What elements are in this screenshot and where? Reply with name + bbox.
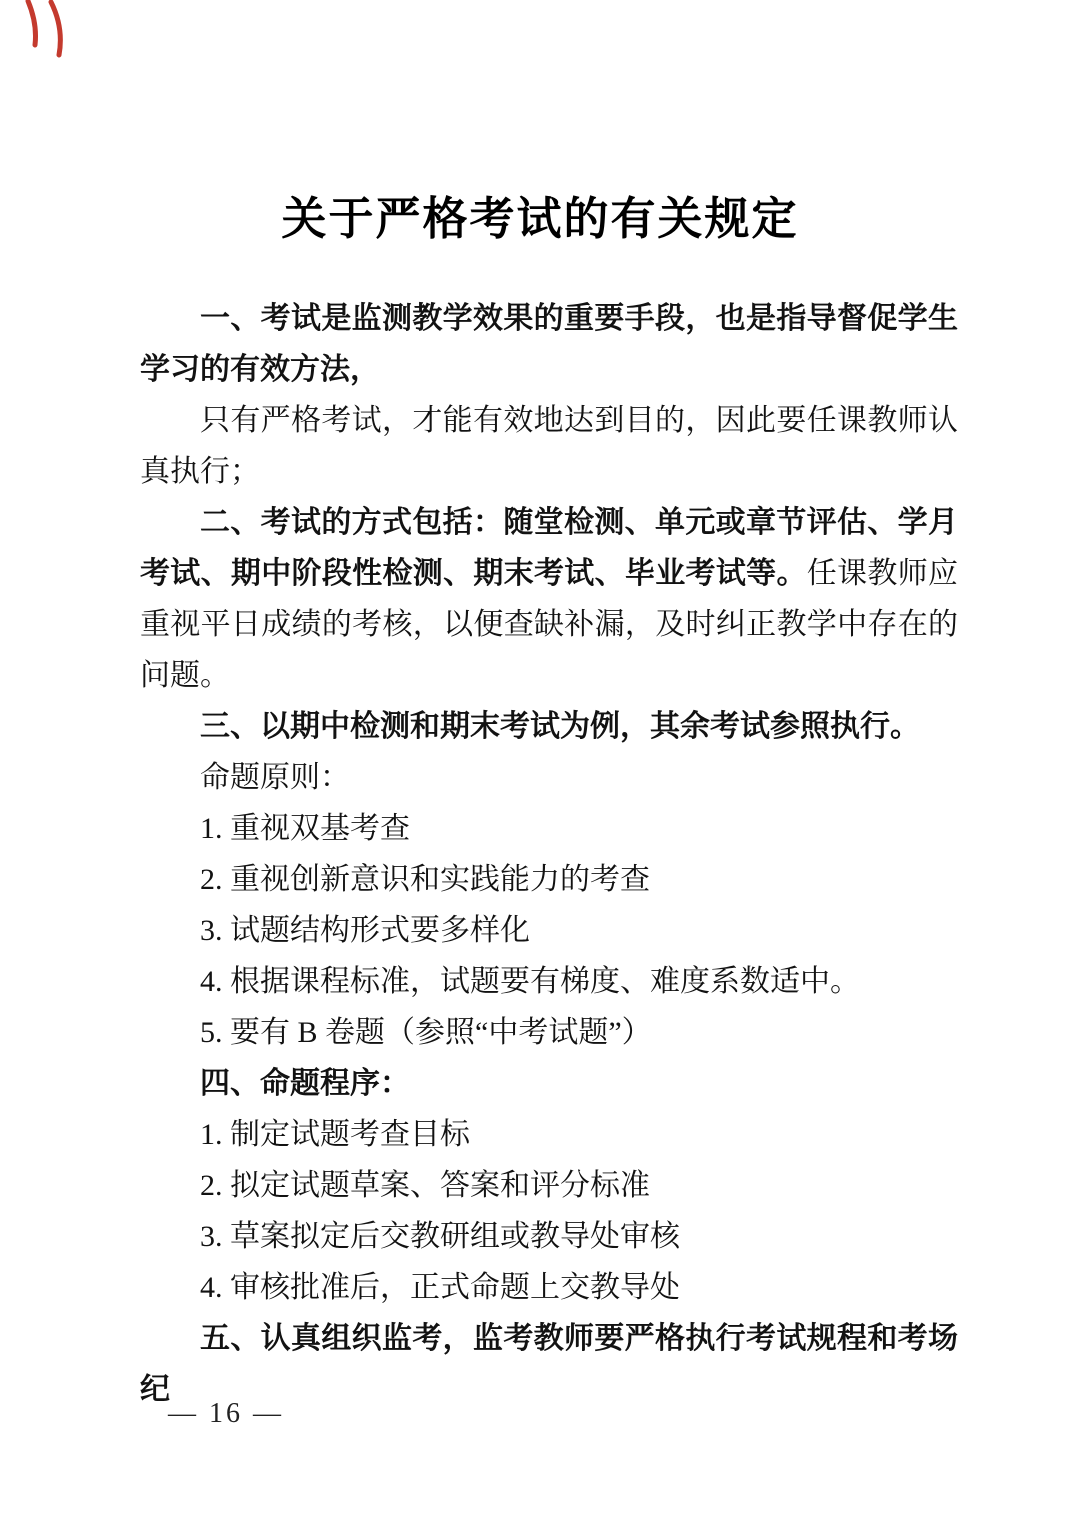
page-number: — 16 — bbox=[168, 1398, 284, 1430]
principle-item-4: 4. 根据课程标准，试题要有梯度、难度系数适中。 bbox=[140, 956, 958, 1007]
paragraph-section-2: 二、考试的方式包括：随堂检测、单元或章节评估、学月考试、期中阶段性检测、期末考试… bbox=[140, 497, 958, 701]
document-body: 一、考试是监测教学效果的重要手段，也是指导督促学生学习的有效方法， 只有严格考试… bbox=[140, 293, 958, 1415]
paragraph-section-1: 一、考试是监测教学效果的重要手段，也是指导督促学生学习的有效方法， bbox=[140, 293, 958, 395]
procedure-item-2: 2. 拟定试题草案、答案和评分标准 bbox=[140, 1160, 958, 1211]
document-page: 关于严格考试的有关规定 一、考试是监测教学效果的重要手段，也是指导督促学生学习的… bbox=[0, 0, 1080, 1527]
procedure-item-4: 4. 审核批准后，正式命题上交教导处 bbox=[140, 1262, 958, 1313]
principle-item-1: 1. 重视双基考查 bbox=[140, 803, 958, 854]
page-title: 关于严格考试的有关规定 bbox=[0, 182, 1080, 247]
procedure-item-3: 3. 草案拟定后交教研组或教导处审核 bbox=[140, 1211, 958, 1262]
principle-item-2: 2. 重视创新意识和实践能力的考查 bbox=[140, 854, 958, 905]
procedure-item-1: 1. 制定试题考查目标 bbox=[140, 1109, 958, 1160]
paragraph-section-3: 三、以期中检测和期末考试为例，其余考试参照执行。 bbox=[140, 701, 958, 752]
principle-item-5: 5. 要有 B 卷题（参照“中考试题”） bbox=[140, 1007, 958, 1058]
principle-item-3: 3. 试题结构形式要多样化 bbox=[140, 905, 958, 956]
paragraph-principles-label: 命题原则： bbox=[140, 752, 958, 803]
red-pen-mark-icon bbox=[18, 0, 74, 64]
paragraph-section-1-body: 只有严格考试，才能有效地达到目的，因此要任课教师认真执行； bbox=[140, 395, 958, 497]
paragraph-section-4: 四、命题程序： bbox=[140, 1058, 958, 1109]
